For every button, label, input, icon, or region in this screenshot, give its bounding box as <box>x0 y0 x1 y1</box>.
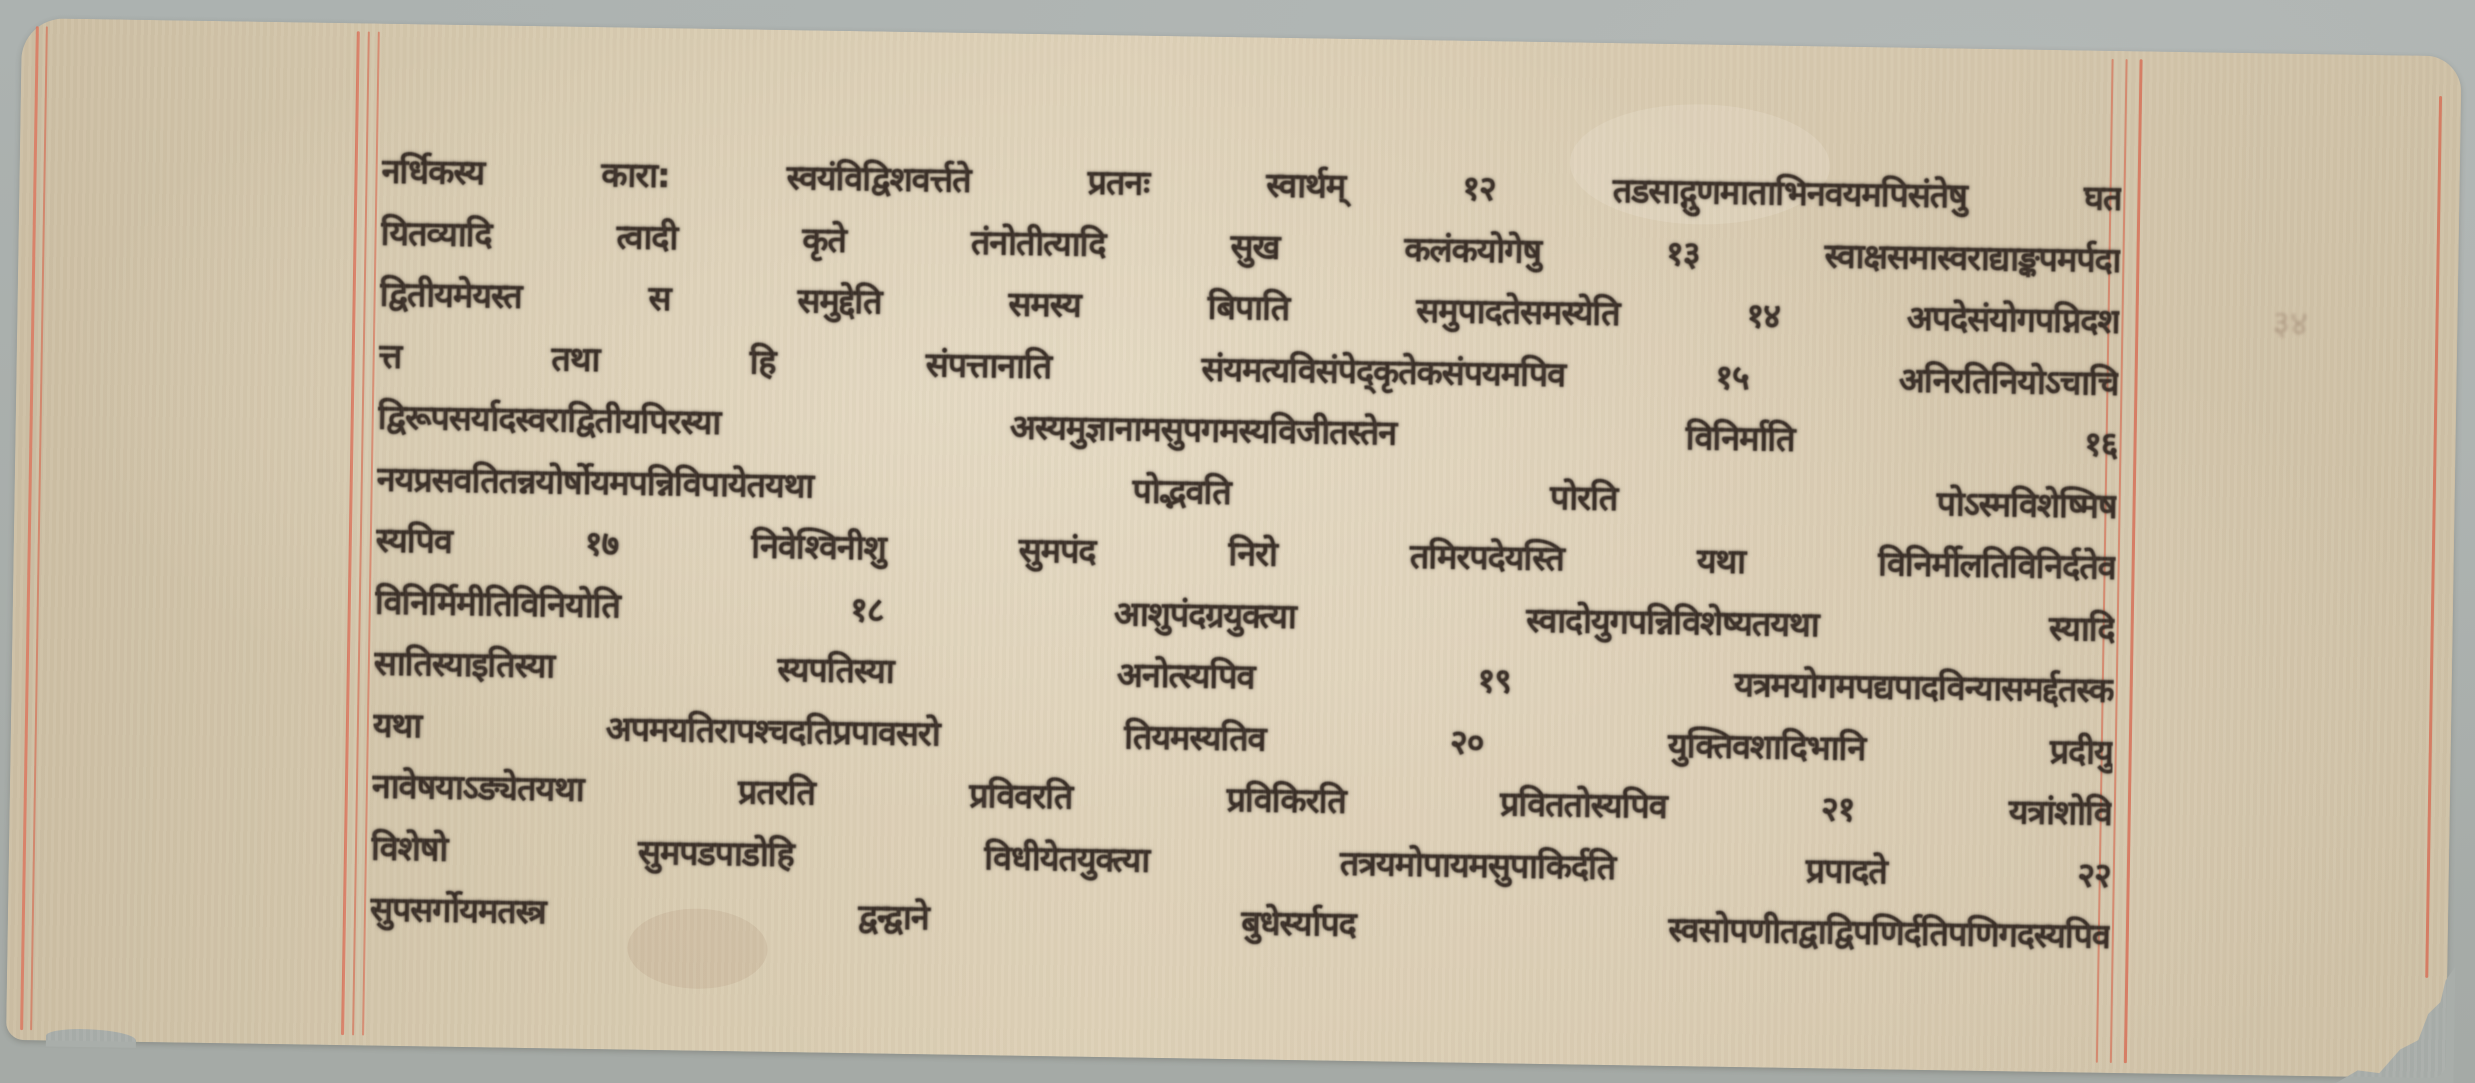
text-right-rule-3 <box>2124 59 2143 1063</box>
margin-folio-mark: ३४ <box>2272 298 2308 345</box>
right-margin-rule <box>2425 96 2442 978</box>
manuscript-text-block: नर्धिकस्य कारा: स्वयंविद्विशवर्त्तते प्र… <box>370 142 2122 969</box>
text-left-rule-1 <box>341 31 360 1035</box>
left-margin-rule-outer <box>20 26 39 1030</box>
torn-corner-bottom-right <box>2334 964 2456 1083</box>
torn-edge-bottom-left <box>46 1029 136 1048</box>
manuscript-folio: ३४ नर्धिकस्य कारा: स्वयंविद्विशवर्त्तते … <box>6 18 2462 1078</box>
